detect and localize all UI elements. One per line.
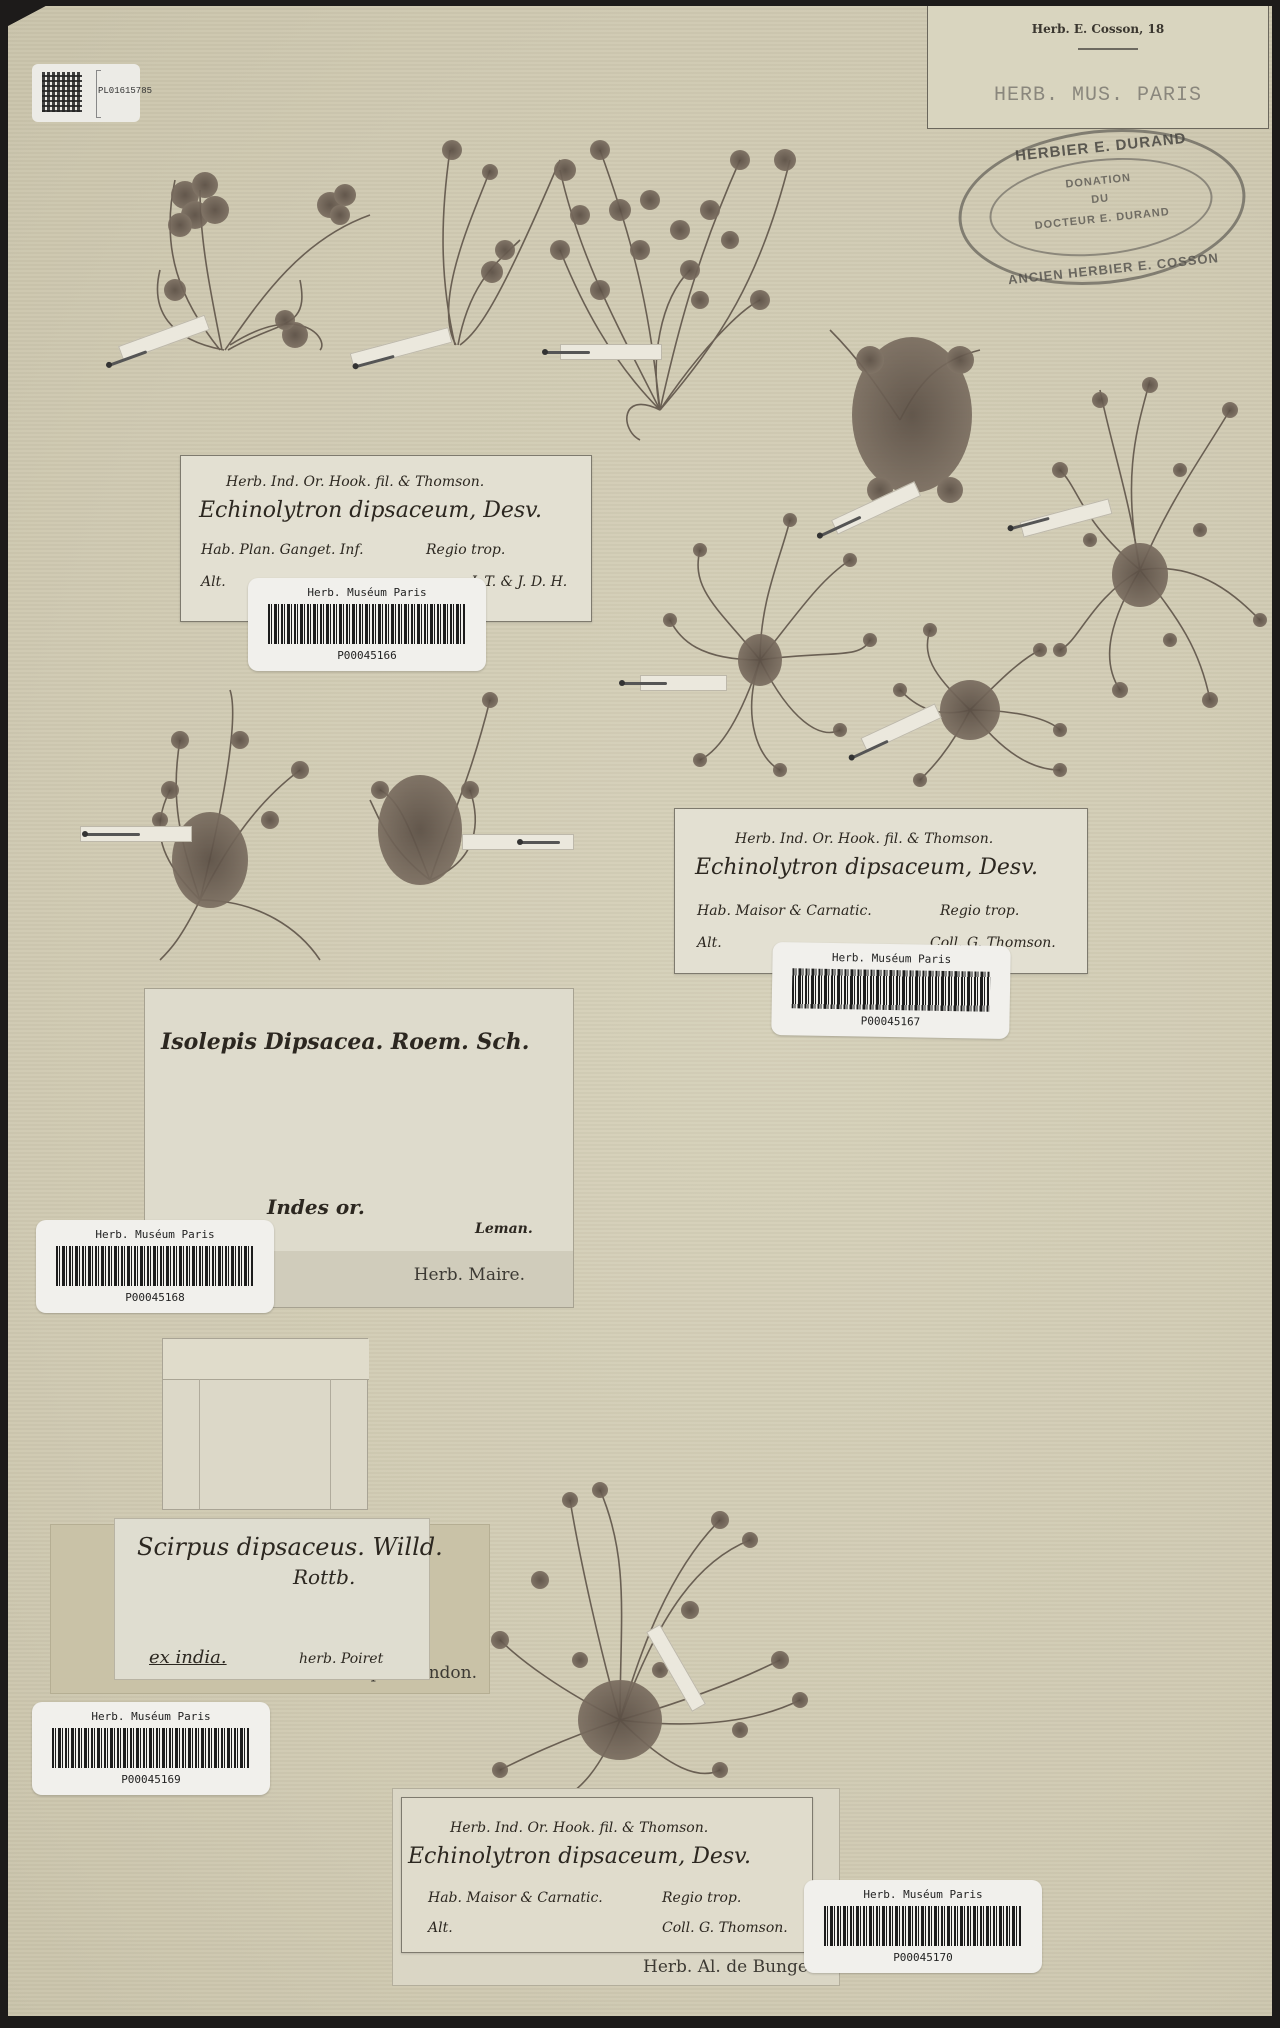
label-taxon: Scirpus dipsaceus. Willd. bbox=[137, 1533, 443, 1561]
barcode-number: P00045168 bbox=[36, 1291, 274, 1304]
label-inner: Herb. Ind. Or. Hook. fil. & Thomson. Ech… bbox=[401, 1797, 813, 1953]
barcode-institution: Herb. Muséum Paris bbox=[36, 1228, 274, 1241]
label-region: Regio trop. bbox=[426, 542, 505, 558]
label-locality: Indes or. bbox=[267, 1195, 365, 1219]
pin-icon bbox=[520, 841, 560, 844]
packet-fold bbox=[199, 1379, 200, 1509]
label-source: herb. Poiret bbox=[299, 1651, 383, 1667]
label-collector: Leman. bbox=[475, 1221, 533, 1237]
barcode-number: P00045170 bbox=[804, 1951, 1042, 1964]
label-taxon: Echinolytron dipsaceum, Desv. bbox=[199, 498, 542, 523]
label-altitude: Alt. bbox=[201, 574, 226, 590]
label-altitude: Alt. bbox=[428, 1920, 453, 1936]
label-herbarium: Herb. Al. de Bunge. bbox=[643, 1957, 813, 1977]
barcode-institution: Herb. Muséum Paris bbox=[248, 586, 486, 599]
barcode-institution: Herb. Muséum Paris bbox=[32, 1710, 270, 1723]
label-locality: Hab. Plan. Ganget. Inf. bbox=[201, 542, 364, 558]
label-region: Regio trop. bbox=[940, 903, 1019, 919]
label-taxon: Echinolytron dipsaceum, Desv. bbox=[695, 855, 1038, 880]
barcode-label: Herb. Muséum Paris P00045166 bbox=[248, 578, 486, 671]
label-locality: Hab. Maisor & Carnatic. bbox=[428, 1890, 603, 1906]
label-locality: Hab. Maisor & Carnatic. bbox=[697, 903, 872, 919]
specimen-label-moquin: Scirpus dipsaceus. Willd. Rottb. ex indi… bbox=[114, 1518, 430, 1680]
barcode-label: Herb. Muséum Paris P00045167 bbox=[771, 942, 1011, 1039]
barcode-label: Herb. Muséum Paris P00045169 bbox=[32, 1702, 270, 1795]
barcode-institution: Herb. Muséum Paris bbox=[772, 950, 1010, 967]
pin-icon bbox=[545, 351, 590, 354]
barcode-institution: Herb. Muséum Paris bbox=[804, 1888, 1042, 1901]
label-herbarium: Herb. Maire. bbox=[414, 1265, 525, 1285]
barcode-number: P00045166 bbox=[248, 649, 486, 662]
pin-icon bbox=[622, 682, 667, 685]
barcode-number: P00045167 bbox=[771, 1013, 1009, 1030]
label-collection: Herb. Ind. Or. Hook. fil. & Thomson. bbox=[735, 831, 993, 847]
label-taxon: Isolepis Dipsacea. Roem. Sch. bbox=[161, 1029, 529, 1055]
packet-fold bbox=[330, 1379, 331, 1509]
label-region: Regio trop. bbox=[662, 1890, 741, 1906]
seed-packet bbox=[162, 1338, 368, 1510]
label-collection: Herb. Ind. Or. Hook. fil. & Thomson. bbox=[450, 1820, 708, 1836]
packet-flap bbox=[163, 1339, 369, 1380]
barcode-icon bbox=[56, 1246, 254, 1286]
barcode-number: P00045169 bbox=[32, 1773, 270, 1786]
label-collector: Coll. G. Thomson. bbox=[662, 1920, 788, 1936]
barcode-icon bbox=[824, 1906, 1022, 1946]
label-altitude: Alt. bbox=[697, 935, 722, 951]
barcode-label: Herb. Muséum Paris P00045170 bbox=[804, 1880, 1042, 1973]
label-locality: ex india. bbox=[149, 1647, 227, 1668]
barcode-icon bbox=[268, 604, 466, 644]
label-taxon: Echinolytron dipsaceum, Desv. bbox=[408, 1844, 751, 1869]
label-authority: Rottb. bbox=[293, 1565, 355, 1589]
label-collection: Herb. Ind. Or. Hook. fil. & Thomson. bbox=[226, 474, 484, 490]
barcode-icon bbox=[52, 1728, 250, 1768]
barcode-label: Herb. Muséum Paris P00045168 bbox=[36, 1220, 274, 1313]
pin-icon bbox=[85, 833, 140, 836]
barcode-icon bbox=[792, 968, 991, 1011]
specimen-label-bunge: Herb. Ind. Or. Hook. fil. & Thomson. Ech… bbox=[392, 1788, 840, 1986]
